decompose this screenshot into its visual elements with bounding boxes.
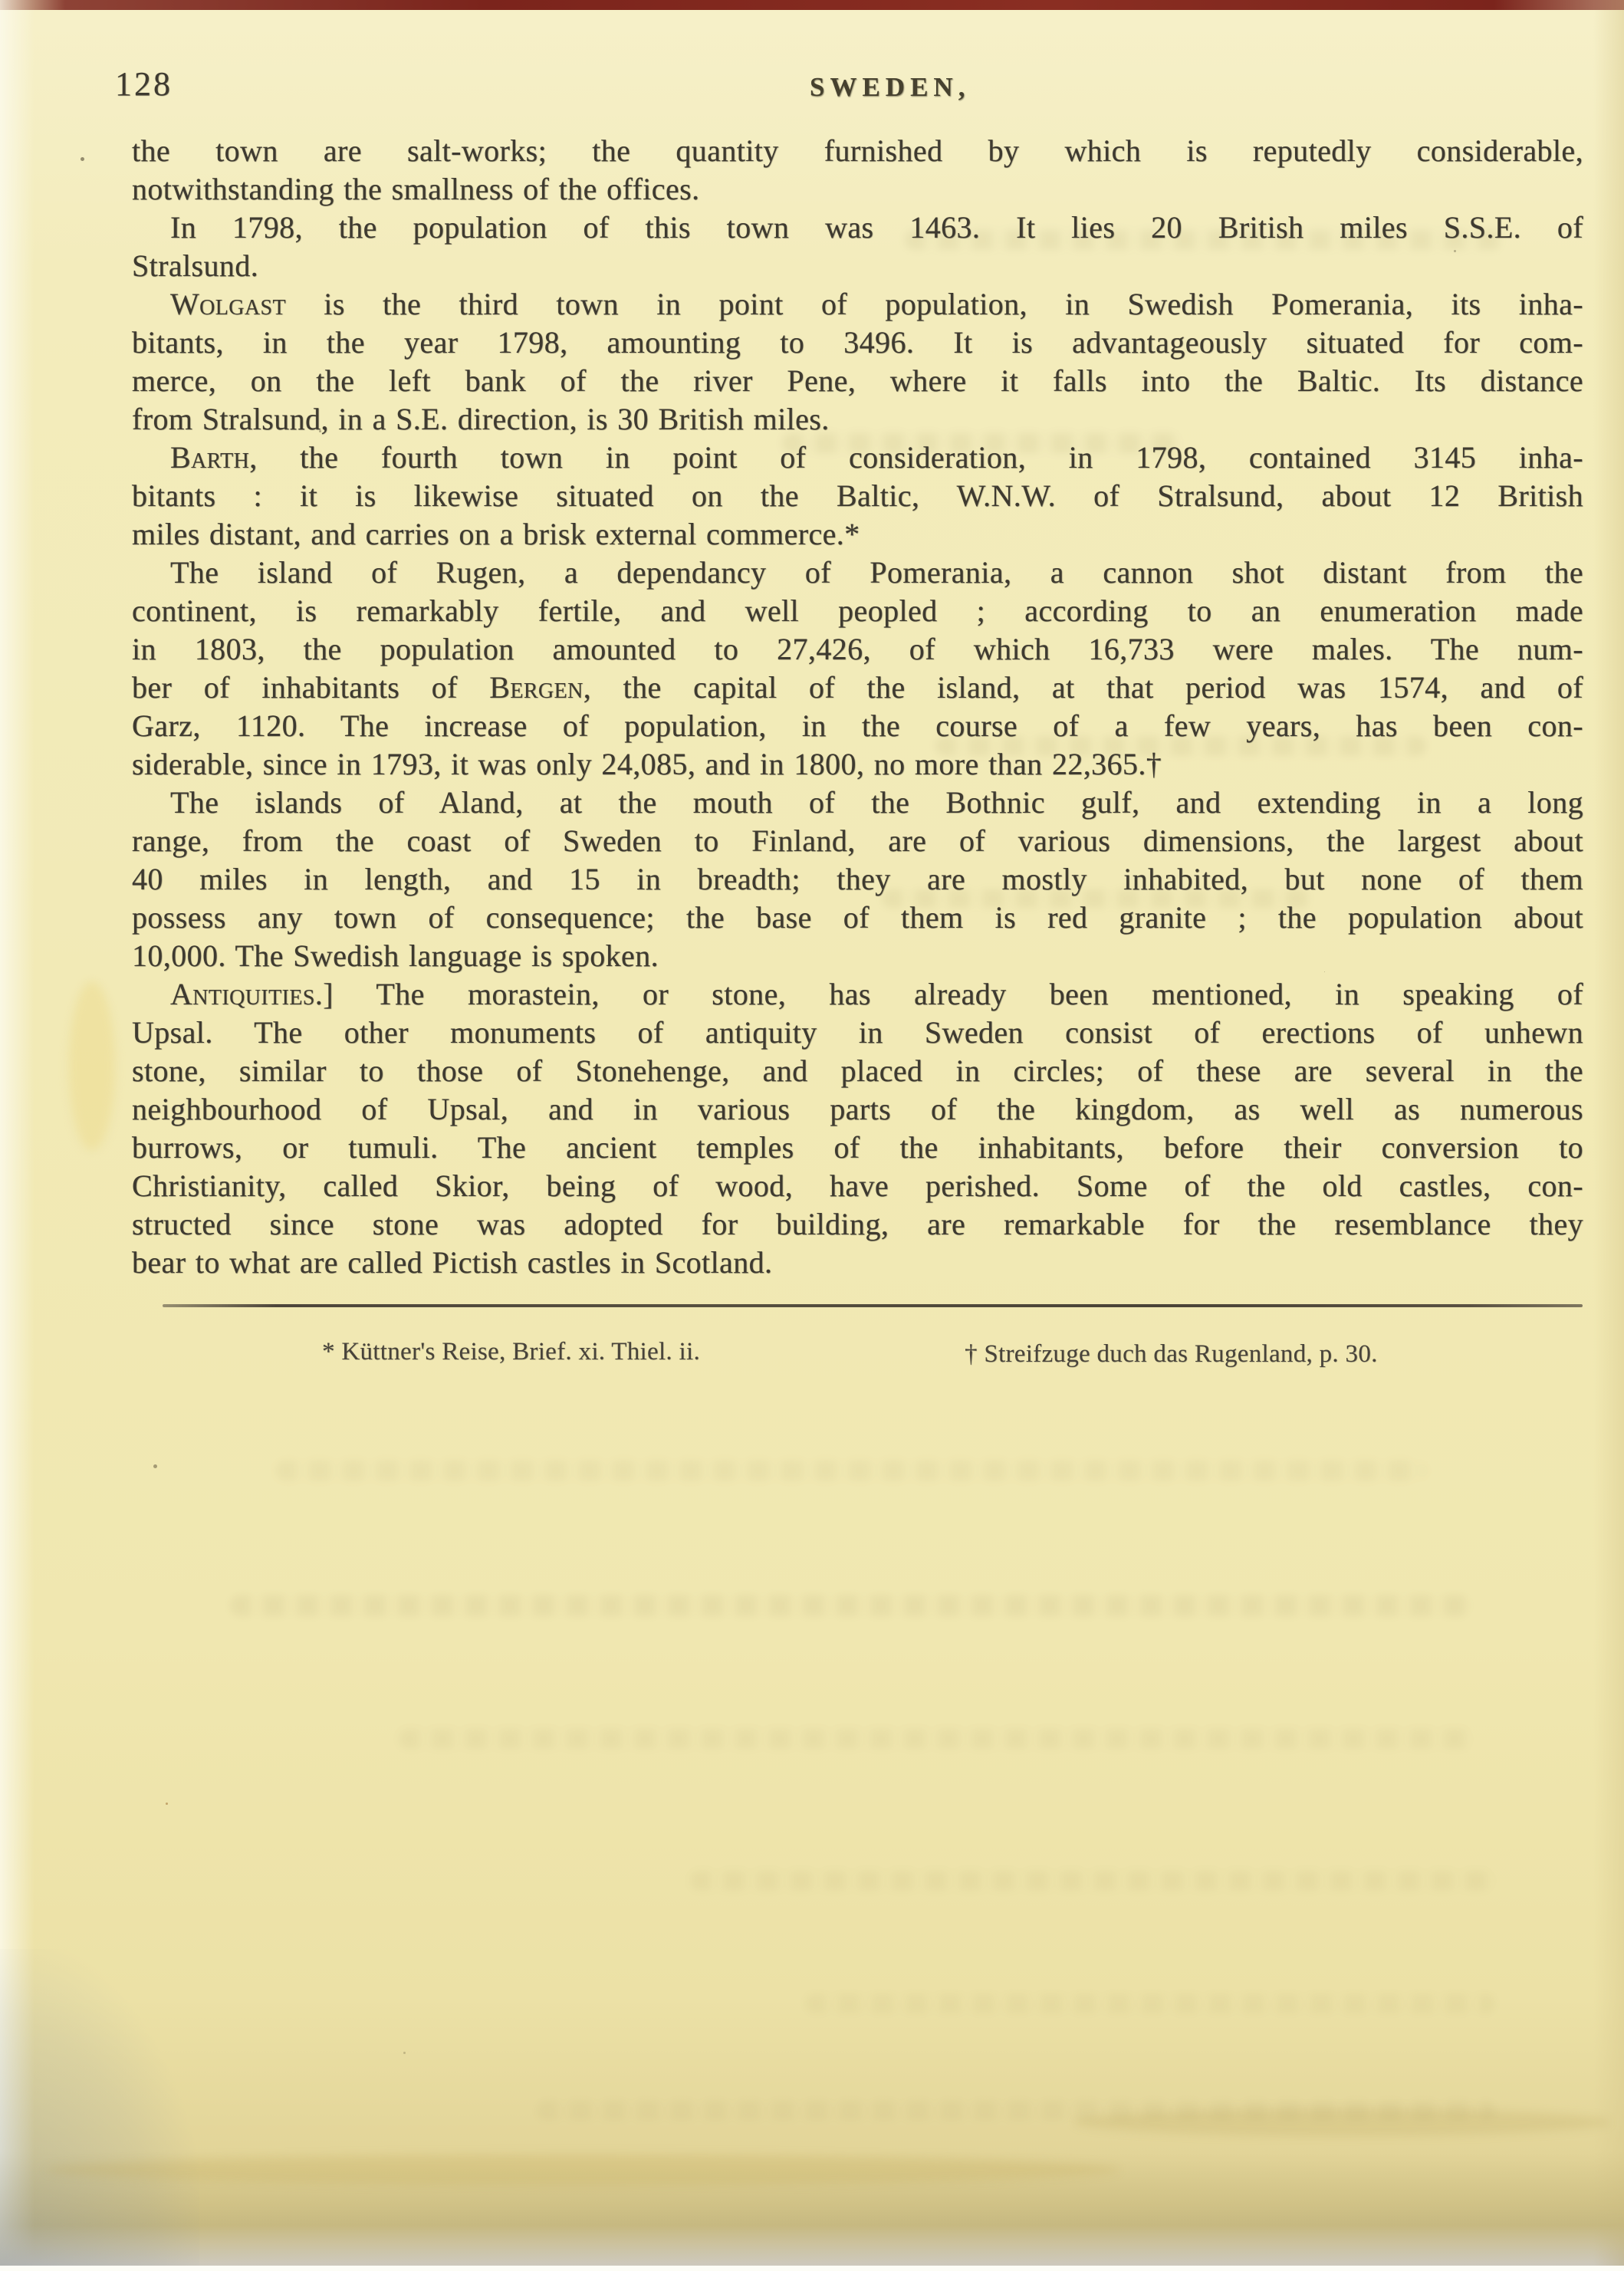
text-segment: 40 miles in length, and 15 in breadth; t…: [132, 862, 1583, 896]
body-text: the town are salt-works; the quantity fu…: [132, 132, 1583, 1282]
text-segment: notwithstanding the smallness of the off…: [132, 172, 699, 206]
text-segment: is the third town in point of population…: [286, 287, 1583, 321]
text-line: The island of Rugen, a dependancy of Pom…: [132, 554, 1583, 592]
footnote-left: * Küttner's Reise, Brief. xi. Thiel. ii.: [322, 1338, 700, 1366]
paragraph: The island of Rugen, a dependancy of Pom…: [132, 554, 1583, 784]
text-line: 40 miles in length, and 15 in breadth; t…: [132, 860, 1583, 899]
text-segment: the town are salt-works; the quantity fu…: [132, 133, 1583, 168]
text-segment: continent, is remarkably fertile, and we…: [132, 593, 1583, 628]
bleedthrough-mark: [805, 1993, 1495, 2013]
text-segment: possess any town of consequence; the bas…: [132, 900, 1583, 935]
text-line: merce, on the left bank of the river Pen…: [132, 362, 1583, 400]
text-line: in 1803, the population amounted to 27,4…: [132, 630, 1583, 669]
text-segment: Upsal. The other monuments of antiquity …: [132, 1015, 1583, 1050]
text-segment: Stralsund.: [132, 248, 258, 283]
ink-speck: [81, 157, 84, 161]
text-line: continent, is remarkably fertile, and we…: [132, 592, 1583, 630]
text-segment: from Stralsund, in a S.E. direction, is …: [132, 402, 830, 436]
text-line: Christianity, called Skior, being of woo…: [132, 1167, 1583, 1205]
paragraph: In 1798, the population of this town was…: [132, 209, 1583, 285]
text-segment: in 1803, the population amounted to 27,4…: [132, 632, 1583, 666]
text-line: notwithstanding the smallness of the off…: [132, 170, 1583, 209]
text-segment: stone, similar to those of Stonehenge, a…: [132, 1053, 1583, 1088]
text-line: 10,000. The Swedish language is spoken.: [132, 937, 1583, 975]
text-line: ber of inhabitants of Bergen, the capita…: [132, 669, 1583, 707]
text-segment: merce, on the left bank of the river Pen…: [132, 363, 1583, 398]
text-line: Barth, the fourth town in point of consi…: [132, 439, 1583, 477]
paragraph: The islands of Aland, at the mouth of th…: [132, 784, 1583, 975]
text-segment: bitants, in the year 1798, amounting to …: [132, 325, 1583, 360]
text-line: Garz, 1120. The increase of population, …: [132, 707, 1583, 745]
smallcaps-text: Wolgast: [170, 287, 286, 321]
text-segment: ber of inhabitants of: [132, 670, 489, 705]
scan-edge: [0, 2266, 1624, 2271]
text-line: The islands of Aland, at the mouth of th…: [132, 784, 1583, 822]
text-line: bear to what are called Pictish castles …: [132, 1244, 1583, 1282]
text-line: miles distant, and carries on a brisk ex…: [132, 515, 1583, 554]
text-line: neighbourhood of Upsal, and in various p…: [132, 1090, 1583, 1129]
text-line: bitants : it is likewise situated on the…: [132, 477, 1583, 515]
text-line: stone, similar to those of Stonehenge, a…: [132, 1052, 1583, 1090]
binding-edge-strip: [0, 0, 1624, 10]
text-segment: In 1798, the population of this town was…: [170, 210, 1583, 245]
paragraph: Wolgast is the third town in point of po…: [132, 285, 1583, 439]
text-line: possess any town of consequence; the bas…: [132, 899, 1583, 937]
text-line: the town are salt-works; the quantity fu…: [132, 132, 1583, 170]
text-segment: siderable, since in 1793, it was only 24…: [132, 747, 1162, 781]
text-segment: The islands of Aland, at the mouth of th…: [170, 785, 1583, 820]
paper-stain: [69, 981, 115, 1150]
text-segment: .] The morastein, or stone, has already …: [315, 977, 1583, 1011]
corner-shadow: [0, 1949, 199, 2271]
text-line: range, from the coast of Sweden to Finla…: [132, 822, 1583, 860]
paragraph: Barth, the fourth town in point of consi…: [132, 439, 1583, 554]
paper-stain: [46, 2154, 1119, 2185]
paragraph: the town are salt-works; the quantity fu…: [132, 132, 1583, 209]
text-segment: Christianity, called Skior, being of woo…: [132, 1168, 1583, 1203]
bleedthrough-mark: [399, 1729, 1472, 1749]
text-segment: , the capital of the island, at that per…: [584, 670, 1583, 705]
text-segment: structed since stone was adopted for bui…: [132, 1207, 1583, 1241]
text-line: Antiquities.] The morastein, or stone, h…: [132, 975, 1583, 1014]
bleedthrough-mark: [690, 1871, 1495, 1891]
text-segment: , the fourth town in point of considerat…: [249, 440, 1583, 475]
paragraph: Antiquities.] The morastein, or stone, h…: [132, 975, 1583, 1282]
text-segment: bear to what are called Pictish castles …: [132, 1245, 772, 1280]
smallcaps-text: Bergen: [489, 670, 583, 705]
text-line: burrows, or tumuli. The ancient temples …: [132, 1129, 1583, 1167]
text-line: structed since stone was adopted for bui…: [132, 1205, 1583, 1244]
smallcaps-text: Antiquities: [170, 977, 315, 1011]
footnote-right: † Streifzuge duch das Rugenland, p. 30.: [965, 1340, 1378, 1369]
footnote-rule: [163, 1304, 1583, 1307]
text-line: Upsal. The other monuments of antiquity …: [132, 1014, 1583, 1052]
text-segment: The island of Rugen, a dependancy of Pom…: [170, 555, 1583, 590]
text-line: In 1798, the population of this town was…: [132, 209, 1583, 247]
text-segment: bitants : it is likewise situated on the…: [132, 478, 1583, 513]
text-segment: range, from the coast of Sweden to Finla…: [132, 823, 1583, 858]
text-line: bitants, in the year 1798, amounting to …: [132, 324, 1583, 362]
text-line: Stralsund.: [132, 247, 1583, 285]
text-line: from Stralsund, in a S.E. direction, is …: [132, 400, 1583, 439]
page-number: 128: [115, 64, 173, 104]
scanned-book-page: { "page": { "number": "128", "running_he…: [0, 0, 1624, 2271]
bleedthrough-mark: [230, 1595, 1472, 1616]
text-line: Wolgast is the third town in point of po…: [132, 285, 1583, 324]
text-segment: burrows, or tumuli. The ancient temples …: [132, 1130, 1583, 1165]
text-segment: miles distant, and carries on a brisk ex…: [132, 517, 860, 551]
text-segment: Garz, 1120. The increase of population, …: [132, 708, 1583, 743]
text-line: siderable, since in 1793, it was only 24…: [132, 745, 1583, 784]
bleedthrough-mark: [276, 1461, 1426, 1481]
running-head: SWEDEN,: [810, 72, 970, 103]
paper-stain: [1073, 2108, 1610, 2136]
text-segment: neighbourhood of Upsal, and in various p…: [132, 1092, 1583, 1126]
smallcaps-text: Barth: [170, 440, 249, 475]
text-segment: 10,000. The Swedish language is spoken.: [132, 938, 659, 973]
